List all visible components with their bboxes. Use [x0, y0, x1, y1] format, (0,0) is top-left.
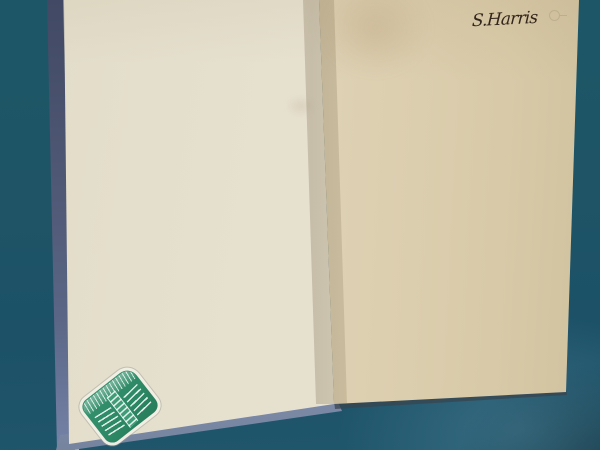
owner-signature: S.Harris [449, 0, 581, 41]
page-stain-gutter [286, 96, 316, 116]
pencil-mark [549, 10, 560, 21]
owner-signature-text: S.Harris [472, 8, 539, 32]
photo-open-book: S.Harris [0, 0, 600, 450]
